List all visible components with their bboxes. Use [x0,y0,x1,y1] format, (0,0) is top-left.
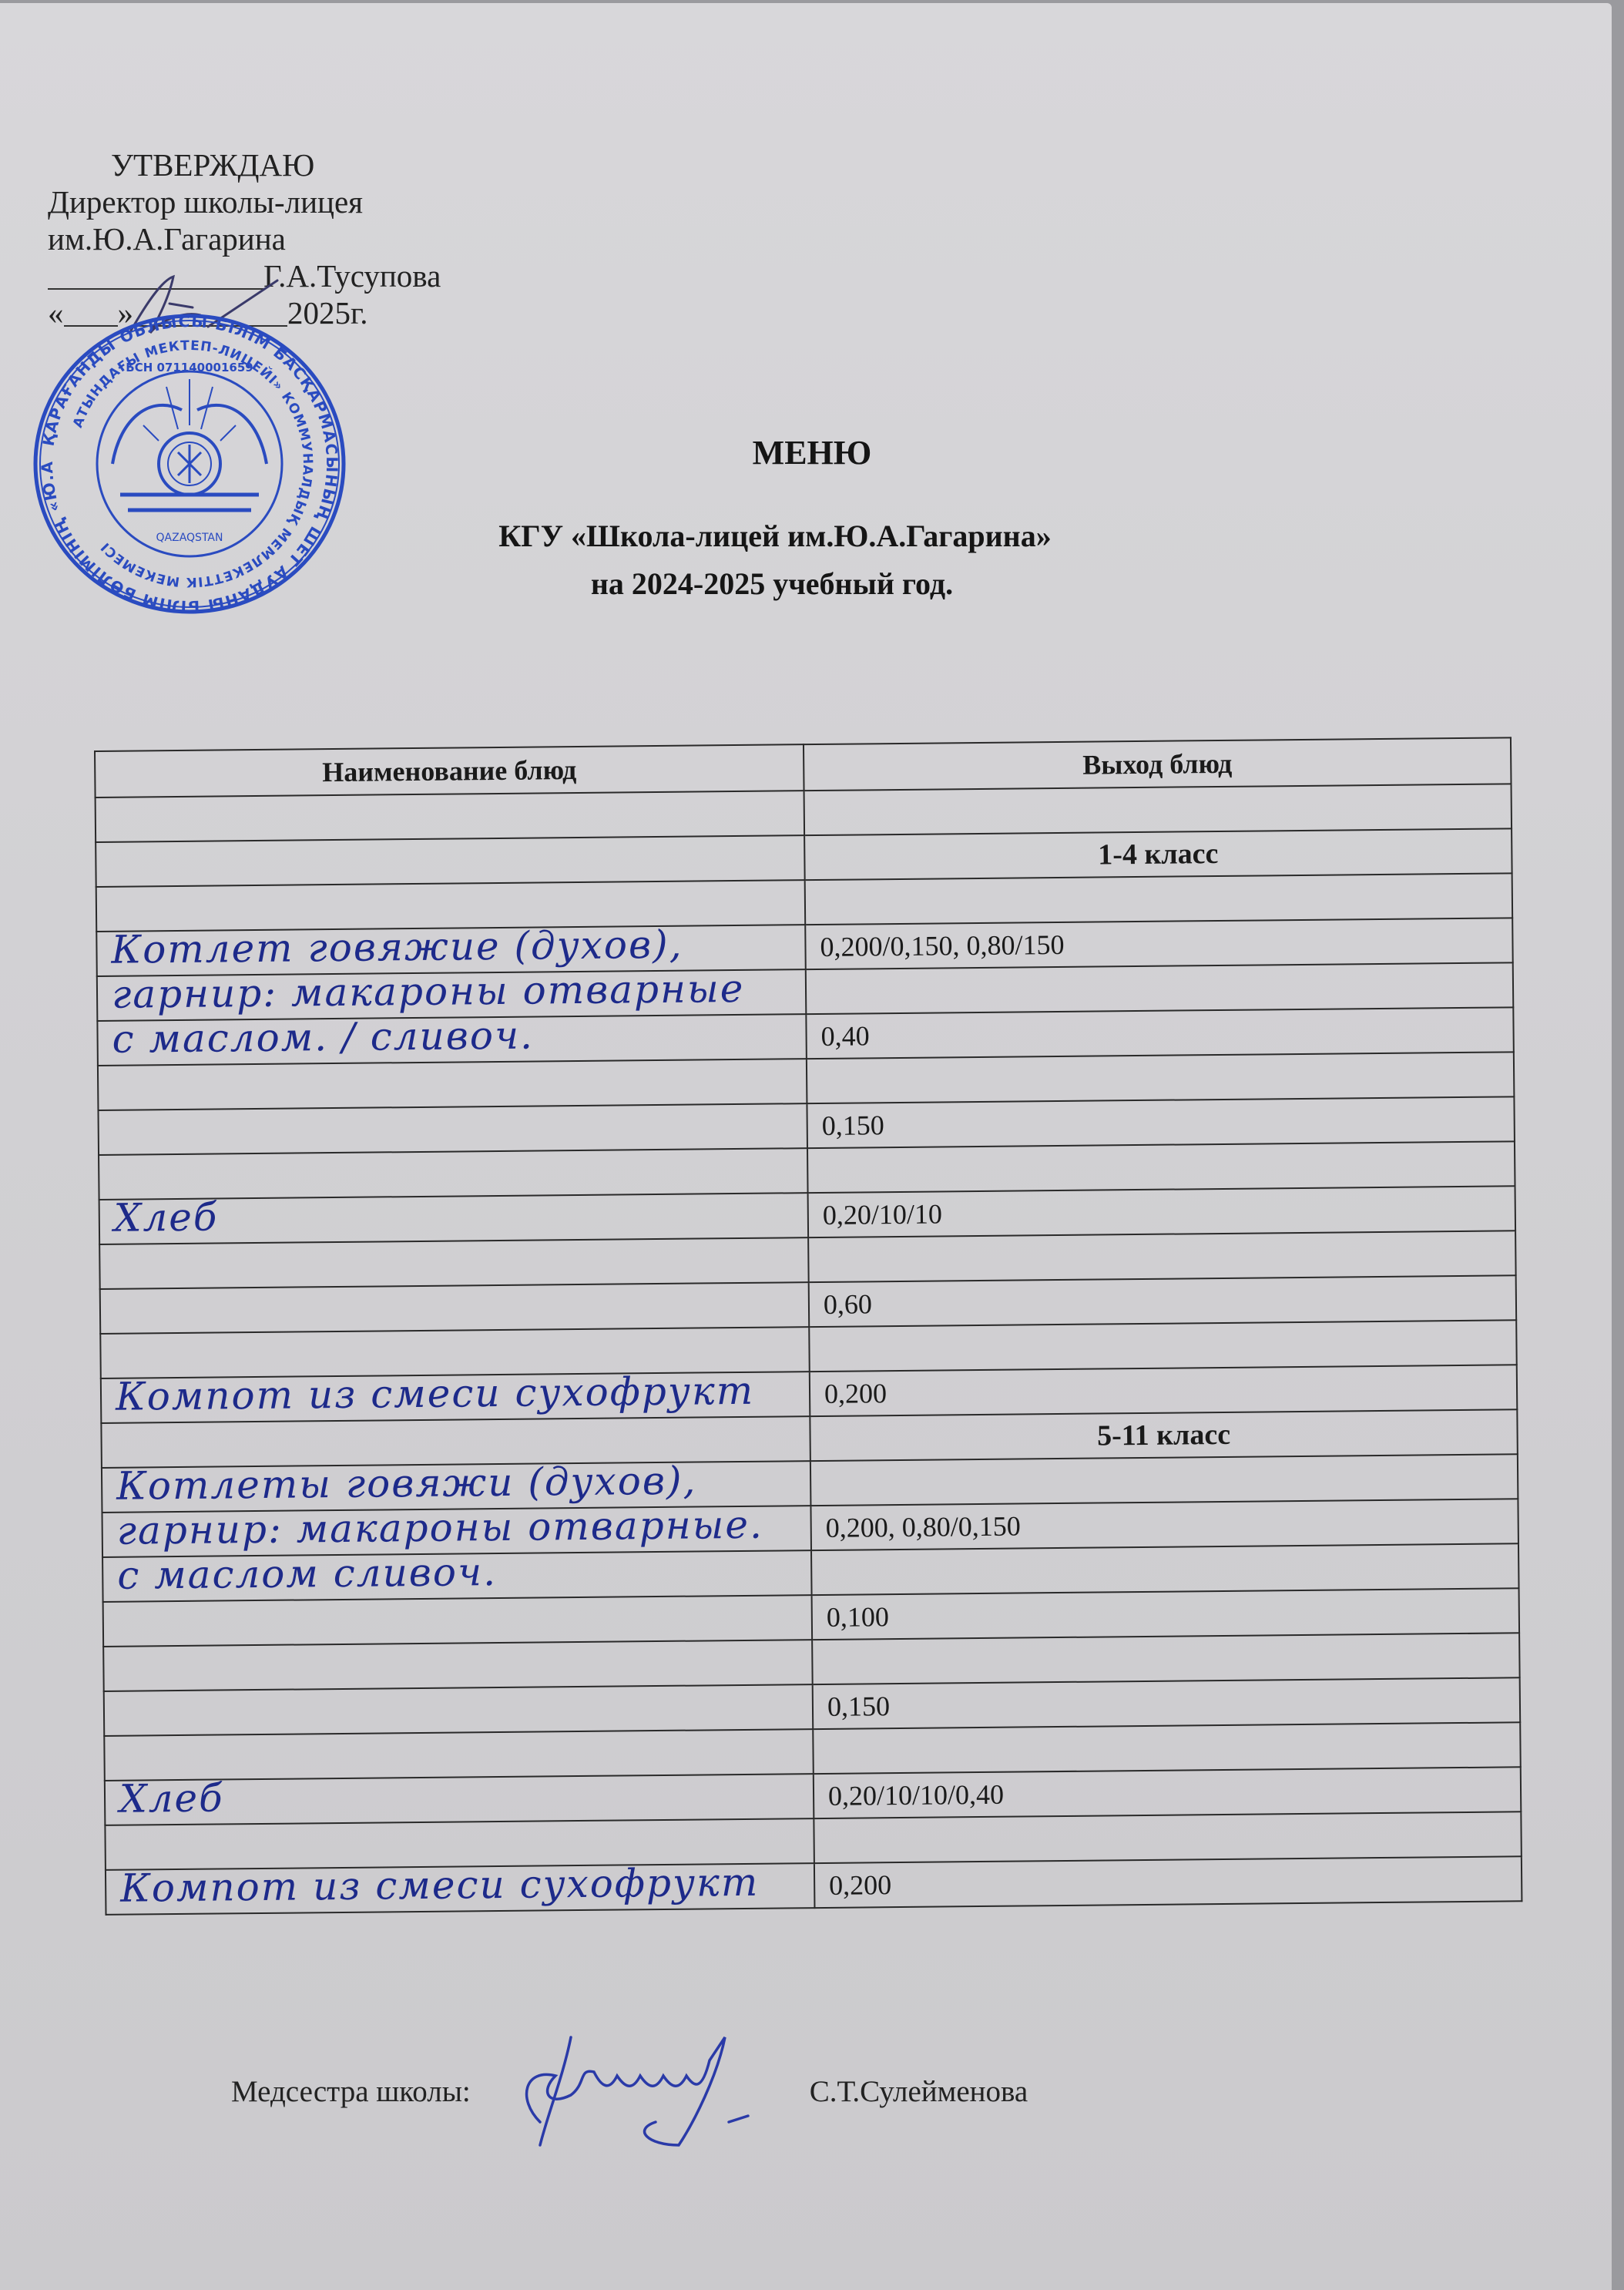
dish-name-cell: Компот из смеси сухофрукт [106,1863,815,1915]
portion-cell [806,962,1514,1014]
header-dish-name: Наименование блюд [95,744,804,797]
dish-name-cell: Хлеб [99,1193,809,1244]
nurse-signature-block: Медсестра школы: С.Т.Сулейменова [231,2030,1028,2153]
portion-cell: 0,20/10/10/0,40 [814,1767,1522,1818]
portion-cell: 0,200 [810,1365,1518,1416]
dish-name-cell [100,1282,810,1334]
dish-name-cell [104,1729,814,1781]
svg-text:БСН 071140001659: БСН 071140001659 [126,361,253,374]
handwritten-dish-name: Хлеб [114,1194,219,1240]
approval-heading: УТВЕРЖДАЮ [48,146,441,183]
header-portion: Выход блюд [804,737,1512,791]
portion-cell: 0,200, 0,80/0,150 [810,1499,1518,1550]
dish-name-cell [103,1640,813,1691]
portion-cell: 0,150 [807,1096,1515,1148]
handwritten-dish-name: гарнир: макароны отварные [112,966,745,1017]
handwritten-dish-name: Хлеб [119,1775,224,1821]
portion-cell [808,1231,1516,1282]
dish-name-cell [99,1148,808,1200]
portion-cell: 0,60 [809,1275,1517,1327]
nurse-name: С.Т.Сулейменова [810,2074,1028,2109]
nurse-label: Медсестра школы: [231,2074,471,2109]
portion-cell: 0,40 [806,1007,1514,1059]
dish-name-cell [96,835,805,887]
handwritten-dish-name: Котлеты говяжи (духов), [116,1459,697,1509]
dish-name-cell [98,1059,807,1110]
dish-name-cell: Хлеб [105,1774,814,1825]
approval-position: Директор школы-лицея [48,183,441,220]
dish-name-cell [99,1237,809,1289]
dish-name-cell [96,791,805,842]
menu-table: Наименование блюд Выход блюд 1-4 классКо… [94,737,1522,1916]
dish-name-cell [104,1684,814,1736]
dish-name-cell: с маслом сливоч. [102,1550,812,1602]
portion-cell [809,1320,1517,1372]
academic-year: на 2024-2025 учебный год. [0,566,1578,602]
handwritten-dish-name: гарнир: макароны отварные. [116,1503,763,1553]
dish-name-cell [98,1103,807,1155]
portion-cell [805,873,1513,925]
portion-cell [807,1052,1515,1103]
portion-cell: 0,100 [812,1588,1520,1640]
table-row: Компот из смеси сухофрукт0,200 [106,1856,1522,1915]
portion-cell [814,1812,1522,1863]
portion-cell [812,1633,1520,1684]
document-title: МЕНЮ [6,433,1618,472]
nurse-signature-icon [494,2030,802,2153]
class-group-label: 1-4 класс [804,828,1512,880]
handwritten-dish-name: Компот из смеси сухофрукт [116,1368,755,1419]
dish-name-cell: Компот из смеси сухофрукт [101,1372,810,1423]
dish-name-cell [103,1595,813,1647]
portion-cell [811,1543,1519,1595]
handwritten-dish-name: Компот из смеси сухофрукт [120,1860,760,1911]
approval-school: им.Ю.А.Гагарина [48,220,441,257]
portion-cell: 0,20/10/10 [808,1186,1516,1237]
handwritten-dish-name: с маслом. / сливоч. [112,1013,534,1062]
portion-cell [813,1722,1521,1774]
document-page: УТВЕРЖДАЮ Директор школы-лицея им.Ю.А.Га… [0,3,1612,2290]
handwritten-dish-name: Котлет говяжие (духов), [111,922,683,972]
portion-cell: 0,150 [813,1677,1521,1729]
portion-cell: 0,200/0,150, 0,80/150 [805,918,1513,969]
portion-cell [804,784,1512,835]
class-group-label: 5-11 класс [810,1409,1518,1461]
portion-cell: 0,200 [814,1856,1522,1908]
organization-name: КГУ «Школа-лицей им.Ю.А.Гагарина» [0,518,1581,554]
dish-name-cell: с маслом. / сливоч. [97,1014,807,1066]
portion-cell [810,1454,1518,1506]
table-body: 1-4 классКотлет говяжие (духов),0,200/0,… [96,784,1522,1915]
handwritten-dish-name: с маслом сливоч. [117,1550,497,1598]
portion-cell [807,1141,1515,1193]
